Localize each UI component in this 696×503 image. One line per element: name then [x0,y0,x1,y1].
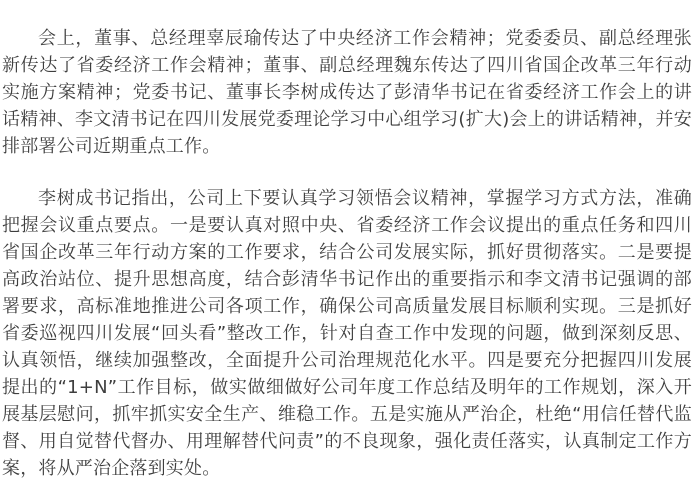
paragraph-meeting-transmission: 会上，董事、总经理辜辰瑜传达了中央经济工作会精神；党委委员、副总经理张新传达了省… [2,25,692,160]
paragraph-lishucheng-remarks: 李树成书记指出，公司上下要认真学习领悟会议精神，掌握学习方式方法，准确把握会议重… [2,185,692,482]
article-body: 会上，董事、总经理辜辰瑜传达了中央经济工作会精神；党委委员、副总经理张新传达了省… [0,0,696,482]
